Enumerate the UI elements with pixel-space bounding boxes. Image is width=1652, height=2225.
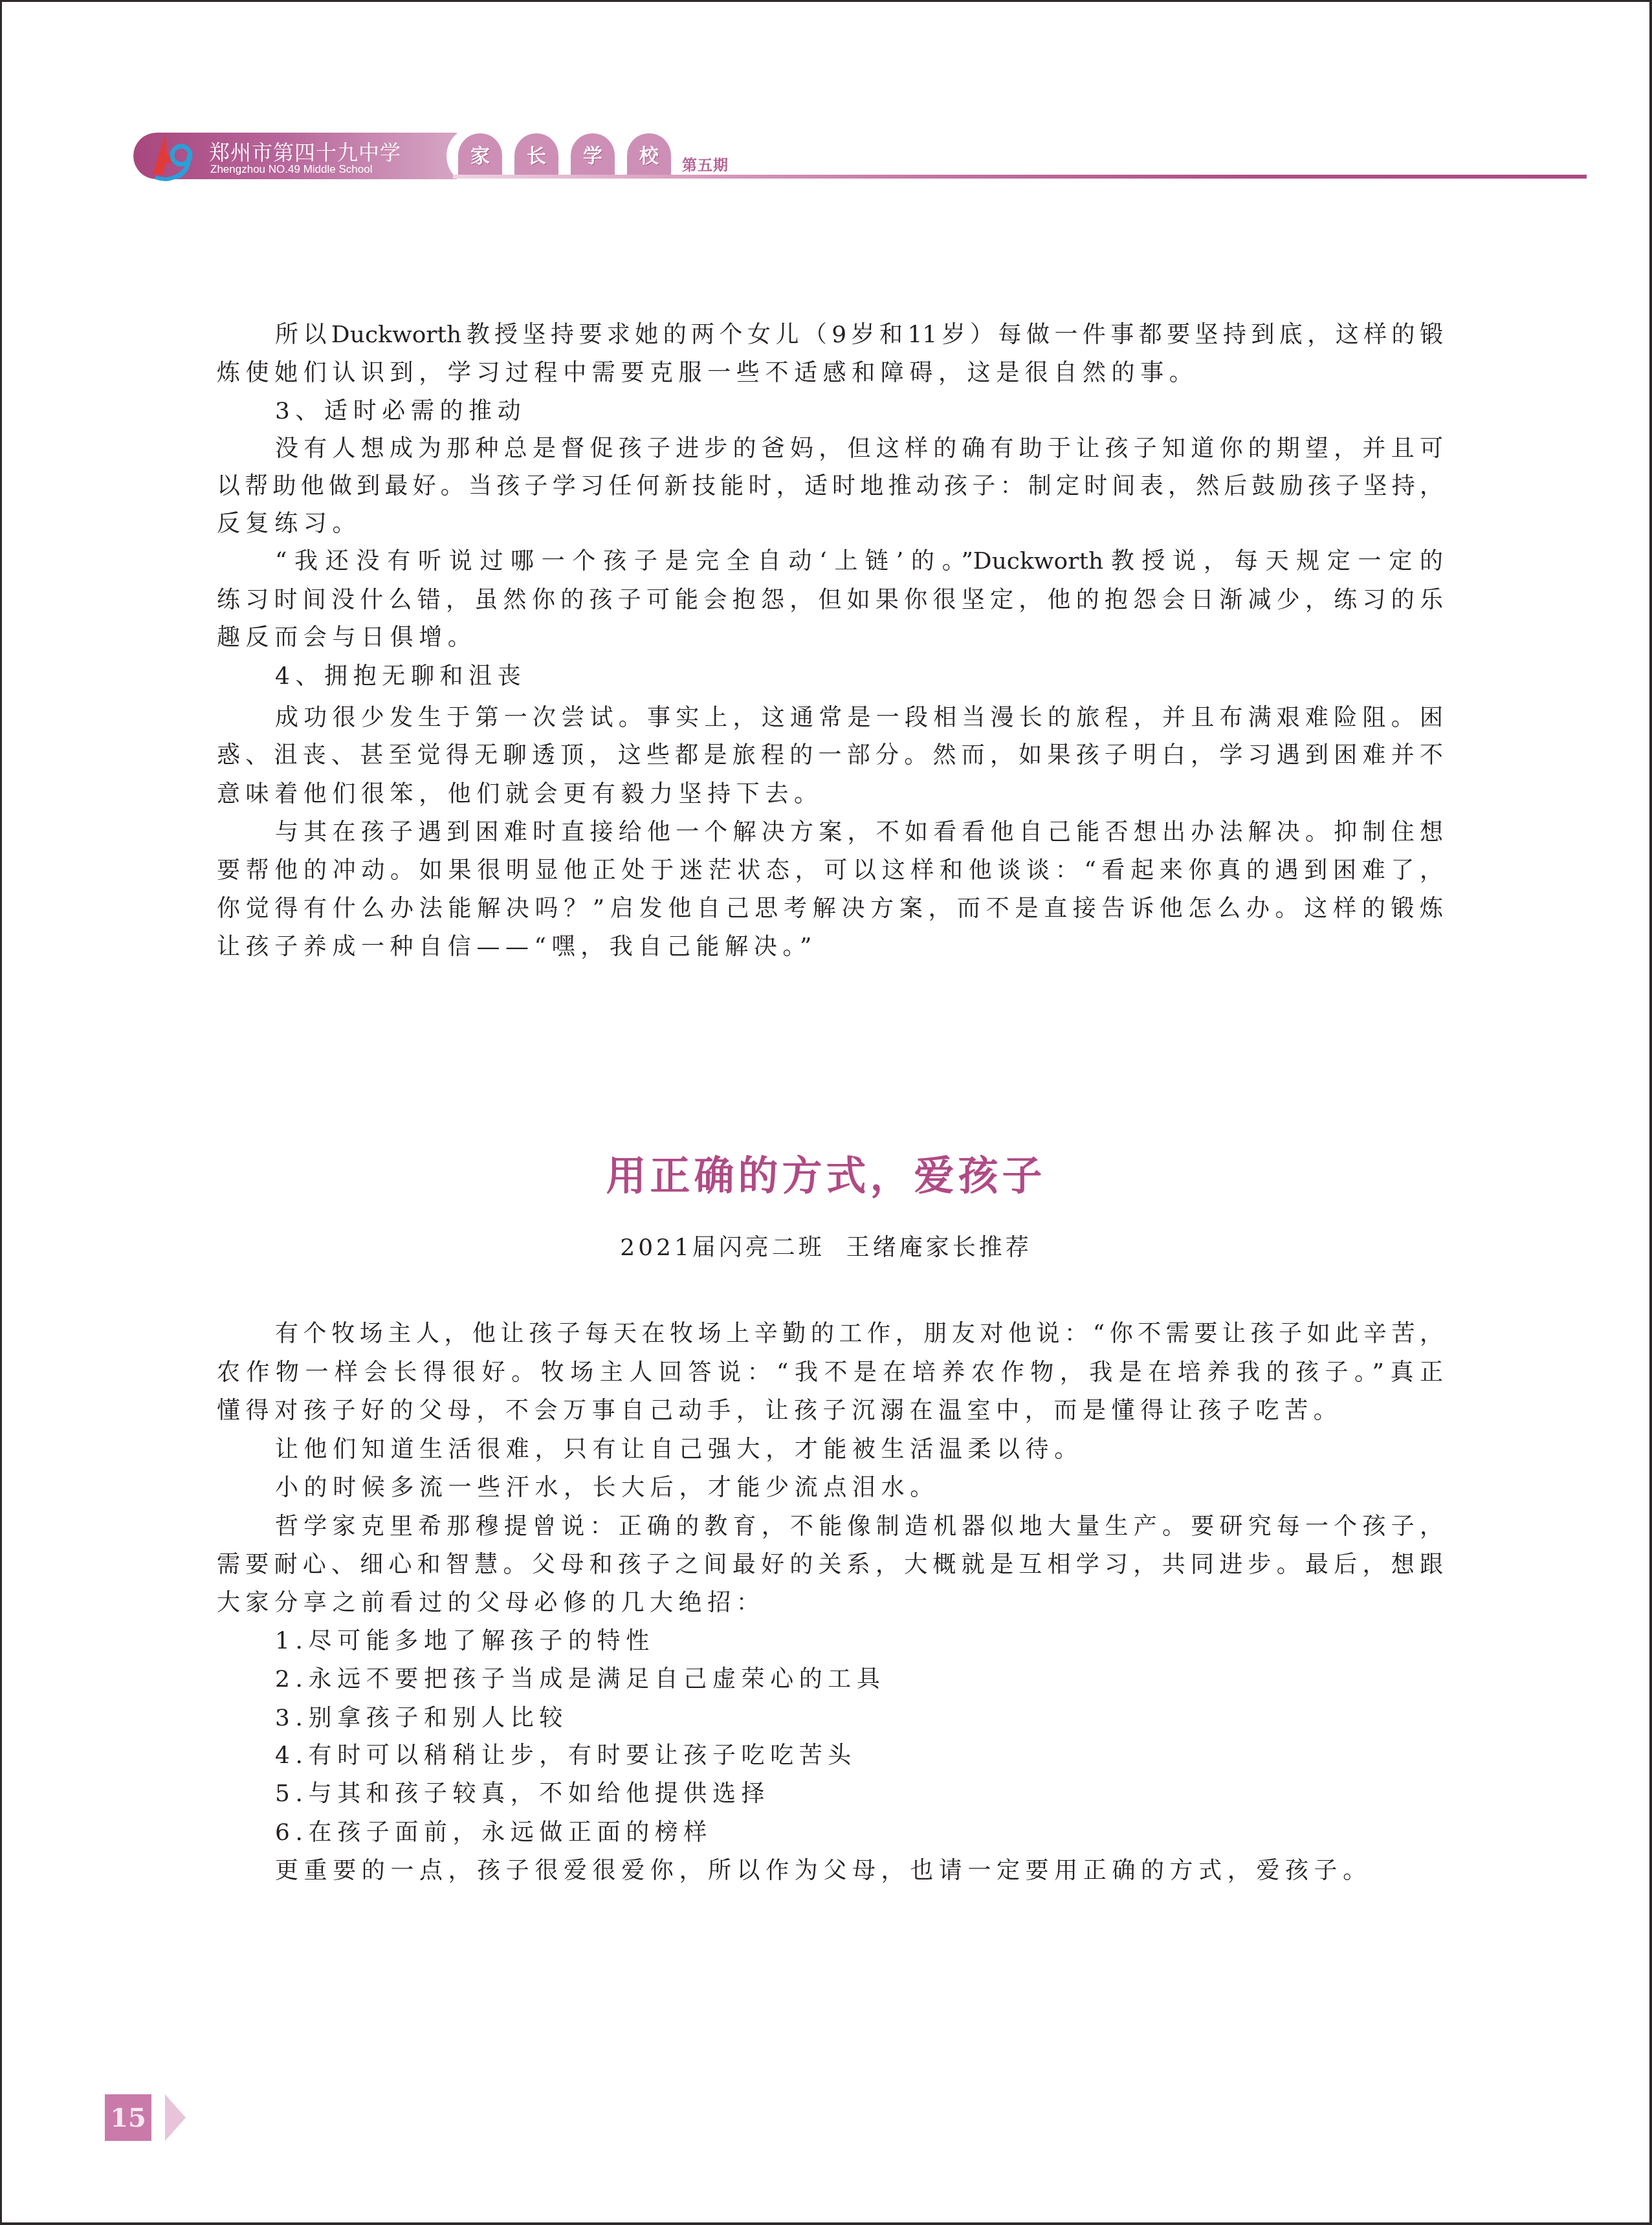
paragraph-line: 成功很少发生于第一次尝试。事实上，这通常是一段相当漫长的旅程，并且布满艰难险阻。… bbox=[275, 704, 1443, 732]
section-heading: 4、拥抱无聊和沮丧 bbox=[275, 663, 526, 691]
paragraph-line: 让孩子养成一种自信——“嘿，我自己能解决。” bbox=[217, 933, 817, 961]
list-item: 1.尽可能多地了解孩子的特性 bbox=[275, 1627, 655, 1656]
paragraph-line: 有个牧场主人，他让孩子每天在牧场上辛勤的工作，朋友对他说：“你不需要让孩子如此辛… bbox=[275, 1320, 1443, 1348]
header-rule bbox=[453, 175, 1587, 179]
paragraph-line: 哲学家克里希那穆提曾说：正确的教育，不能像制造机器似地大量生产。要研究每一个孩子… bbox=[275, 1513, 1443, 1541]
page-header: 郑州市第四十九中学 Zhengzhou NO.49 Middle School … bbox=[0, 0, 1652, 194]
paragraph-line: 没有人想成为那种总是督促孩子进步的爸妈，但这样的确有助于让孩子知道你的期望，并且… bbox=[275, 435, 1443, 463]
paragraph-line: 懂得对孩子好的父母，不会万事自己动手，让孩子沉溺在温室中，而是懂得让孩子吃苦。 bbox=[217, 1397, 1342, 1425]
school-name-en: Zhengzhou NO.49 Middle School bbox=[210, 163, 372, 176]
page-number: 15 bbox=[105, 2094, 151, 2141]
article-title: 用正确的方式，爱孩子 bbox=[0, 1144, 1652, 1201]
paragraph-line: 大家分享之前看过的父母必修的几大绝招： bbox=[217, 1589, 765, 1617]
paragraph-line: “我还没有听说过哪一个孩子是完全自动‘上链’的。”Duckworth教授说，每天… bbox=[275, 547, 1443, 576]
paragraph-line: 所以Duckworth教授坚持要求她的两个女儿（9岁和11岁）每做一件事都要坚持… bbox=[275, 321, 1443, 349]
paragraph-line: 炼使她们认识到，学习过程中需要克服一些不适感和障碍，这是很自然的事。 bbox=[217, 359, 1198, 388]
column-tab-xiao: 校 bbox=[627, 133, 671, 175]
paragraph-line: 更重要的一点，孩子很爱很爱你，所以作为父母，也请一定要用正确的方式，爱孩子。 bbox=[275, 1857, 1372, 1885]
paragraph-line: 反复练习。 bbox=[217, 510, 361, 538]
paragraph-line: 让他们知道生活很难，只有让自己强大，才能被生活温柔以待。 bbox=[275, 1436, 1083, 1464]
school-name-cn: 郑州市第四十九中学 bbox=[209, 137, 401, 166]
paragraph-line: 农作物一样会长得很好。牧场主人回答说：“我不是在培养农作物，我是在培养我的孩子。… bbox=[217, 1359, 1443, 1387]
column-tab-xue: 学 bbox=[571, 133, 615, 175]
list-item: 4.有时可以稍稍让步，有时要让孩子吃吃苦头 bbox=[275, 1742, 857, 1770]
paragraph-line: 以帮助他做到最好。当孩子学习任何新技能时，适时地推动孩子：制定时间表，然后鼓励孩… bbox=[217, 472, 1443, 501]
paragraph-line: 趣反而会与日俱增。 bbox=[217, 624, 476, 652]
paragraph-line: 需要耐心、细心和智慧。父母和孩子之间最好的关系，大概就是互相学习，共同进步。最后… bbox=[217, 1551, 1443, 1579]
section-heading: 3、适时必需的推动 bbox=[275, 397, 526, 426]
issue-label: 第五期 bbox=[682, 153, 729, 175]
list-item: 5.与其和孩子较真，不如给他提供选择 bbox=[275, 1780, 770, 1808]
paragraph-line: 意味着他们很笨，他们就会更有毅力坚持下去。 bbox=[217, 780, 823, 809]
paragraph-line: 要帮他的冲动。如果很明显他正处于迷茫状态，可以这样和他谈谈：“看起来你真的遇到困… bbox=[217, 857, 1443, 885]
list-item: 2.永远不要把孩子当成是满足自己虚荣心的工具 bbox=[275, 1665, 886, 1694]
school-logo-icon bbox=[146, 129, 198, 182]
paragraph-line: 与其在孩子遇到困难时直接给他一个解决方案，不如看看他自己能否想出办法解决。抑制住… bbox=[275, 818, 1443, 847]
paragraph-line: 你觉得有什么办法能解决吗？”启发他自己思考解决方案，而不是直接告诉他怎么办。这样… bbox=[217, 895, 1443, 923]
article-author: 2021届闪亮二班 王绪庵家长推荐 bbox=[0, 1229, 1652, 1262]
column-tab-jia: 家 bbox=[458, 133, 502, 175]
list-item: 6.在孩子面前，永远做正面的榜样 bbox=[275, 1819, 712, 1847]
paragraph-line: 小的时候多流一些汗水，长大后，才能少流点泪水。 bbox=[275, 1474, 939, 1502]
column-tab-zhang: 长 bbox=[514, 133, 558, 175]
paragraph-line: 练习时间没什么错，虽然你的孩子可能会抱怨，但如果你很坚定，他的抱怨会日渐减少，练… bbox=[217, 586, 1443, 615]
page-arrow-icon bbox=[165, 2094, 186, 2141]
list-item: 3.别拿孩子和别人比较 bbox=[275, 1704, 568, 1733]
paragraph-line: 惑、沮丧、甚至觉得无聊透顶，这些都是旅程的一部分。然而，如果孩子明白，学习遇到困… bbox=[217, 741, 1443, 770]
